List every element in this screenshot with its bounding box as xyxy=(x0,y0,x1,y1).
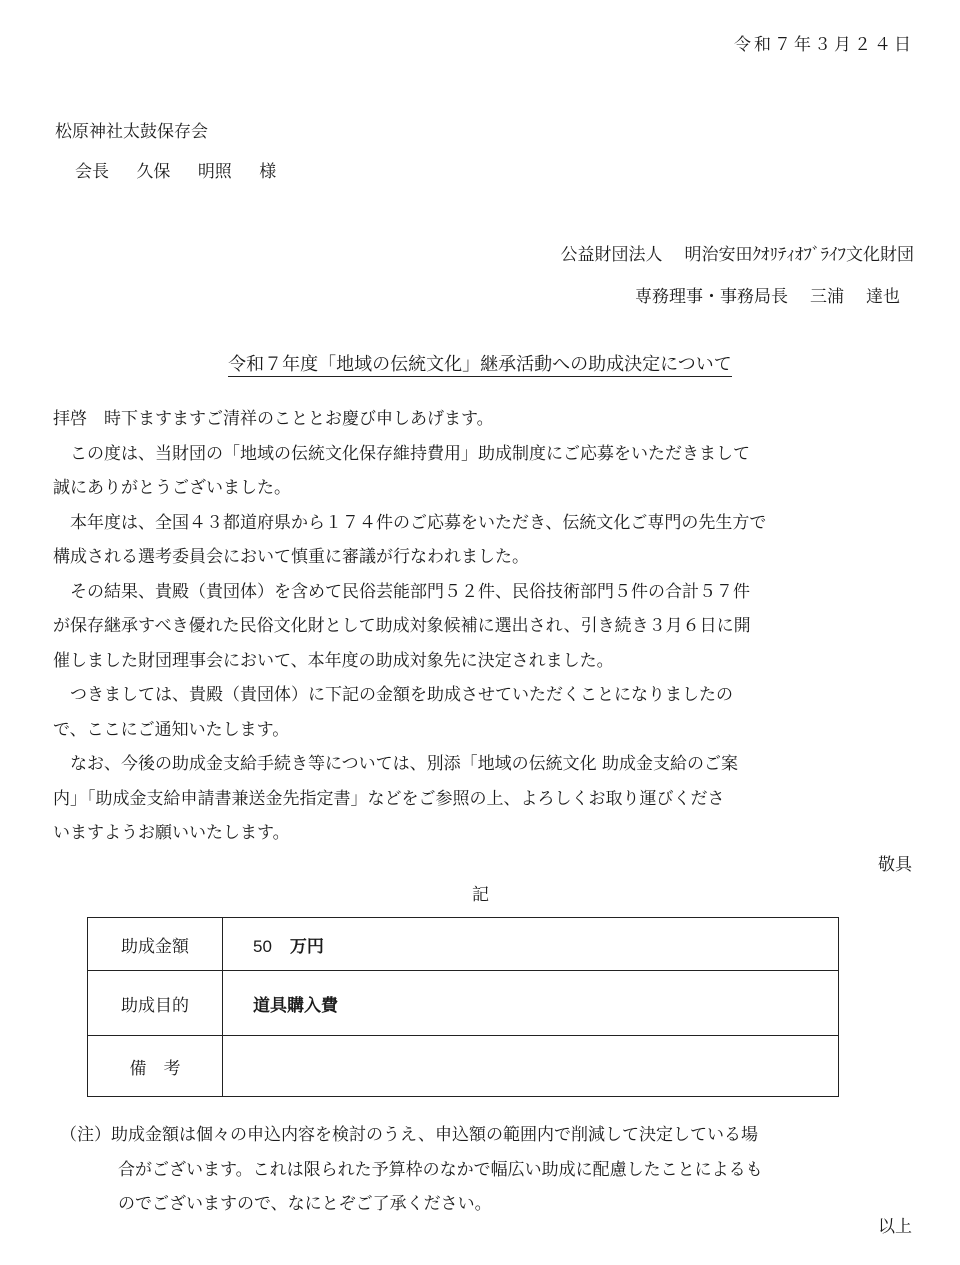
sender-position: 専務理事・事務局長 xyxy=(635,287,788,307)
body-line: この度は、当財団の「地域の伝統文化保存維持費用」助成制度にご応募をいただきまして xyxy=(53,437,923,472)
grant-purpose-label: 助成目的 xyxy=(88,971,223,1036)
table-row-remarks: 備 考 xyxy=(88,1036,839,1097)
body-line: その結果、貴殿（貴団体）を含めて民俗芸能部門５２件、民俗技術部門５件の合計５７件 xyxy=(53,575,923,610)
body-line: 内」「助成金支給申請書兼送金先指定書」などをご参照の上、よろしくお取り運びくださ xyxy=(53,782,923,817)
note-line-1: 助成金額は個々の申込内容を検討のうえ、申込額の範囲内で削減して決定している場 xyxy=(111,1125,758,1145)
body-line: 誠にありがとうございました。 xyxy=(53,471,923,506)
grant-purpose-value: 道具購入費 xyxy=(223,971,839,1036)
remarks-label: 備 考 xyxy=(88,1036,223,1097)
grant-amount-value: 50万円 xyxy=(223,918,839,971)
sender-person: 専務理事・事務局長三浦達也 xyxy=(635,282,900,307)
grant-table: 助成金額 50万円 助成目的 道具購入費 備 考 xyxy=(87,917,839,1097)
note-line: のでございますので、なにとぞご了承ください。 xyxy=(60,1187,930,1222)
table-row-grant-purpose: 助成目的 道具購入費 xyxy=(88,971,839,1036)
letter-date: 令和７年３月２４日 xyxy=(734,30,914,55)
sender-org-name: 明治安田ｸｵﾘﾃｨｵﾌﾞﾗｲﾌ文化財団 xyxy=(685,245,915,265)
recipient-honorific: 様 xyxy=(259,162,276,182)
recipient-title: 会長 xyxy=(75,162,109,182)
recipient-person: 会長 久保 明照 様 xyxy=(75,157,298,182)
recipient-organization: 松原神社太鼓保存会 xyxy=(55,117,208,142)
remarks-value xyxy=(223,1036,839,1097)
body-line: いますようお願いいたします。 xyxy=(53,816,923,851)
document-title: 令和７年度「地域の伝統文化」継承活動への助成決定について xyxy=(0,350,960,376)
body-line: なお、今後の助成金支給手続き等については、別添「地域の伝統文化 助成金支給のご案 xyxy=(53,747,923,782)
body-line: が保存継承すべき優れた民俗文化財として助成対象候補に選出され、引き続き３月６日に… xyxy=(53,609,923,644)
recipient-given-name: 明照 xyxy=(198,162,232,182)
body-line: 拝啓 時下ますますご清祥のこととお慶び申しあげます。 xyxy=(53,402,923,437)
letter-body: 拝啓 時下ますますご清祥のこととお慶び申しあげます。 この度は、当財団の「地域の… xyxy=(53,402,923,851)
sender-given-name: 達也 xyxy=(866,287,900,307)
body-line: 構成される選考委員会において慎重に審議が行なわれました。 xyxy=(53,540,923,575)
recipient-surname: 久保 xyxy=(136,162,170,182)
body-line: つきましては、貴殿（貴団体）に下記の金額を助成させていただくことになりましたの xyxy=(53,678,923,713)
grant-amount-unit: 万円 xyxy=(290,937,324,957)
grant-amount-number: 50 xyxy=(253,937,272,956)
sender-organization: 公益財団法人明治安田ｸｵﾘﾃｨｵﾌﾞﾗｲﾌ文化財団 xyxy=(561,240,915,265)
note-section: （注）助成金額は個々の申込内容を検討のうえ、申込額の範囲内で削減して決定している… xyxy=(60,1118,930,1222)
body-line: で、ここにご通知いたします。 xyxy=(53,713,923,748)
sender-surname: 三浦 xyxy=(810,287,844,307)
note-line: 合がございます。これは限られた予算枠のなかで幅広い助成に配慮したことによるも xyxy=(60,1153,930,1188)
body-line: 催しました財団理事会において、本年度の助成対象先に決定されました。 xyxy=(53,644,923,679)
note-line: （注）助成金額は個々の申込内容を検討のうえ、申込額の範囲内で削減して決定している… xyxy=(60,1118,930,1153)
table-row-grant-amount: 助成金額 50万円 xyxy=(88,918,839,971)
sender-org-type: 公益財団法人 xyxy=(561,245,663,265)
note-prefix: （注） xyxy=(60,1125,111,1145)
ki-marker: 記 xyxy=(472,880,489,905)
grant-amount-label: 助成金額 xyxy=(88,918,223,971)
document-title-text: 令和７年度「地域の伝統文化」継承活動への助成決定について xyxy=(228,354,732,377)
end-marker: 以上 xyxy=(878,1212,912,1237)
body-line: 本年度は、全国４３都道府県から１７４件のご応募をいただき、伝統文化ご専門の先生方… xyxy=(53,506,923,541)
closing-salutation: 敬具 xyxy=(878,850,912,875)
